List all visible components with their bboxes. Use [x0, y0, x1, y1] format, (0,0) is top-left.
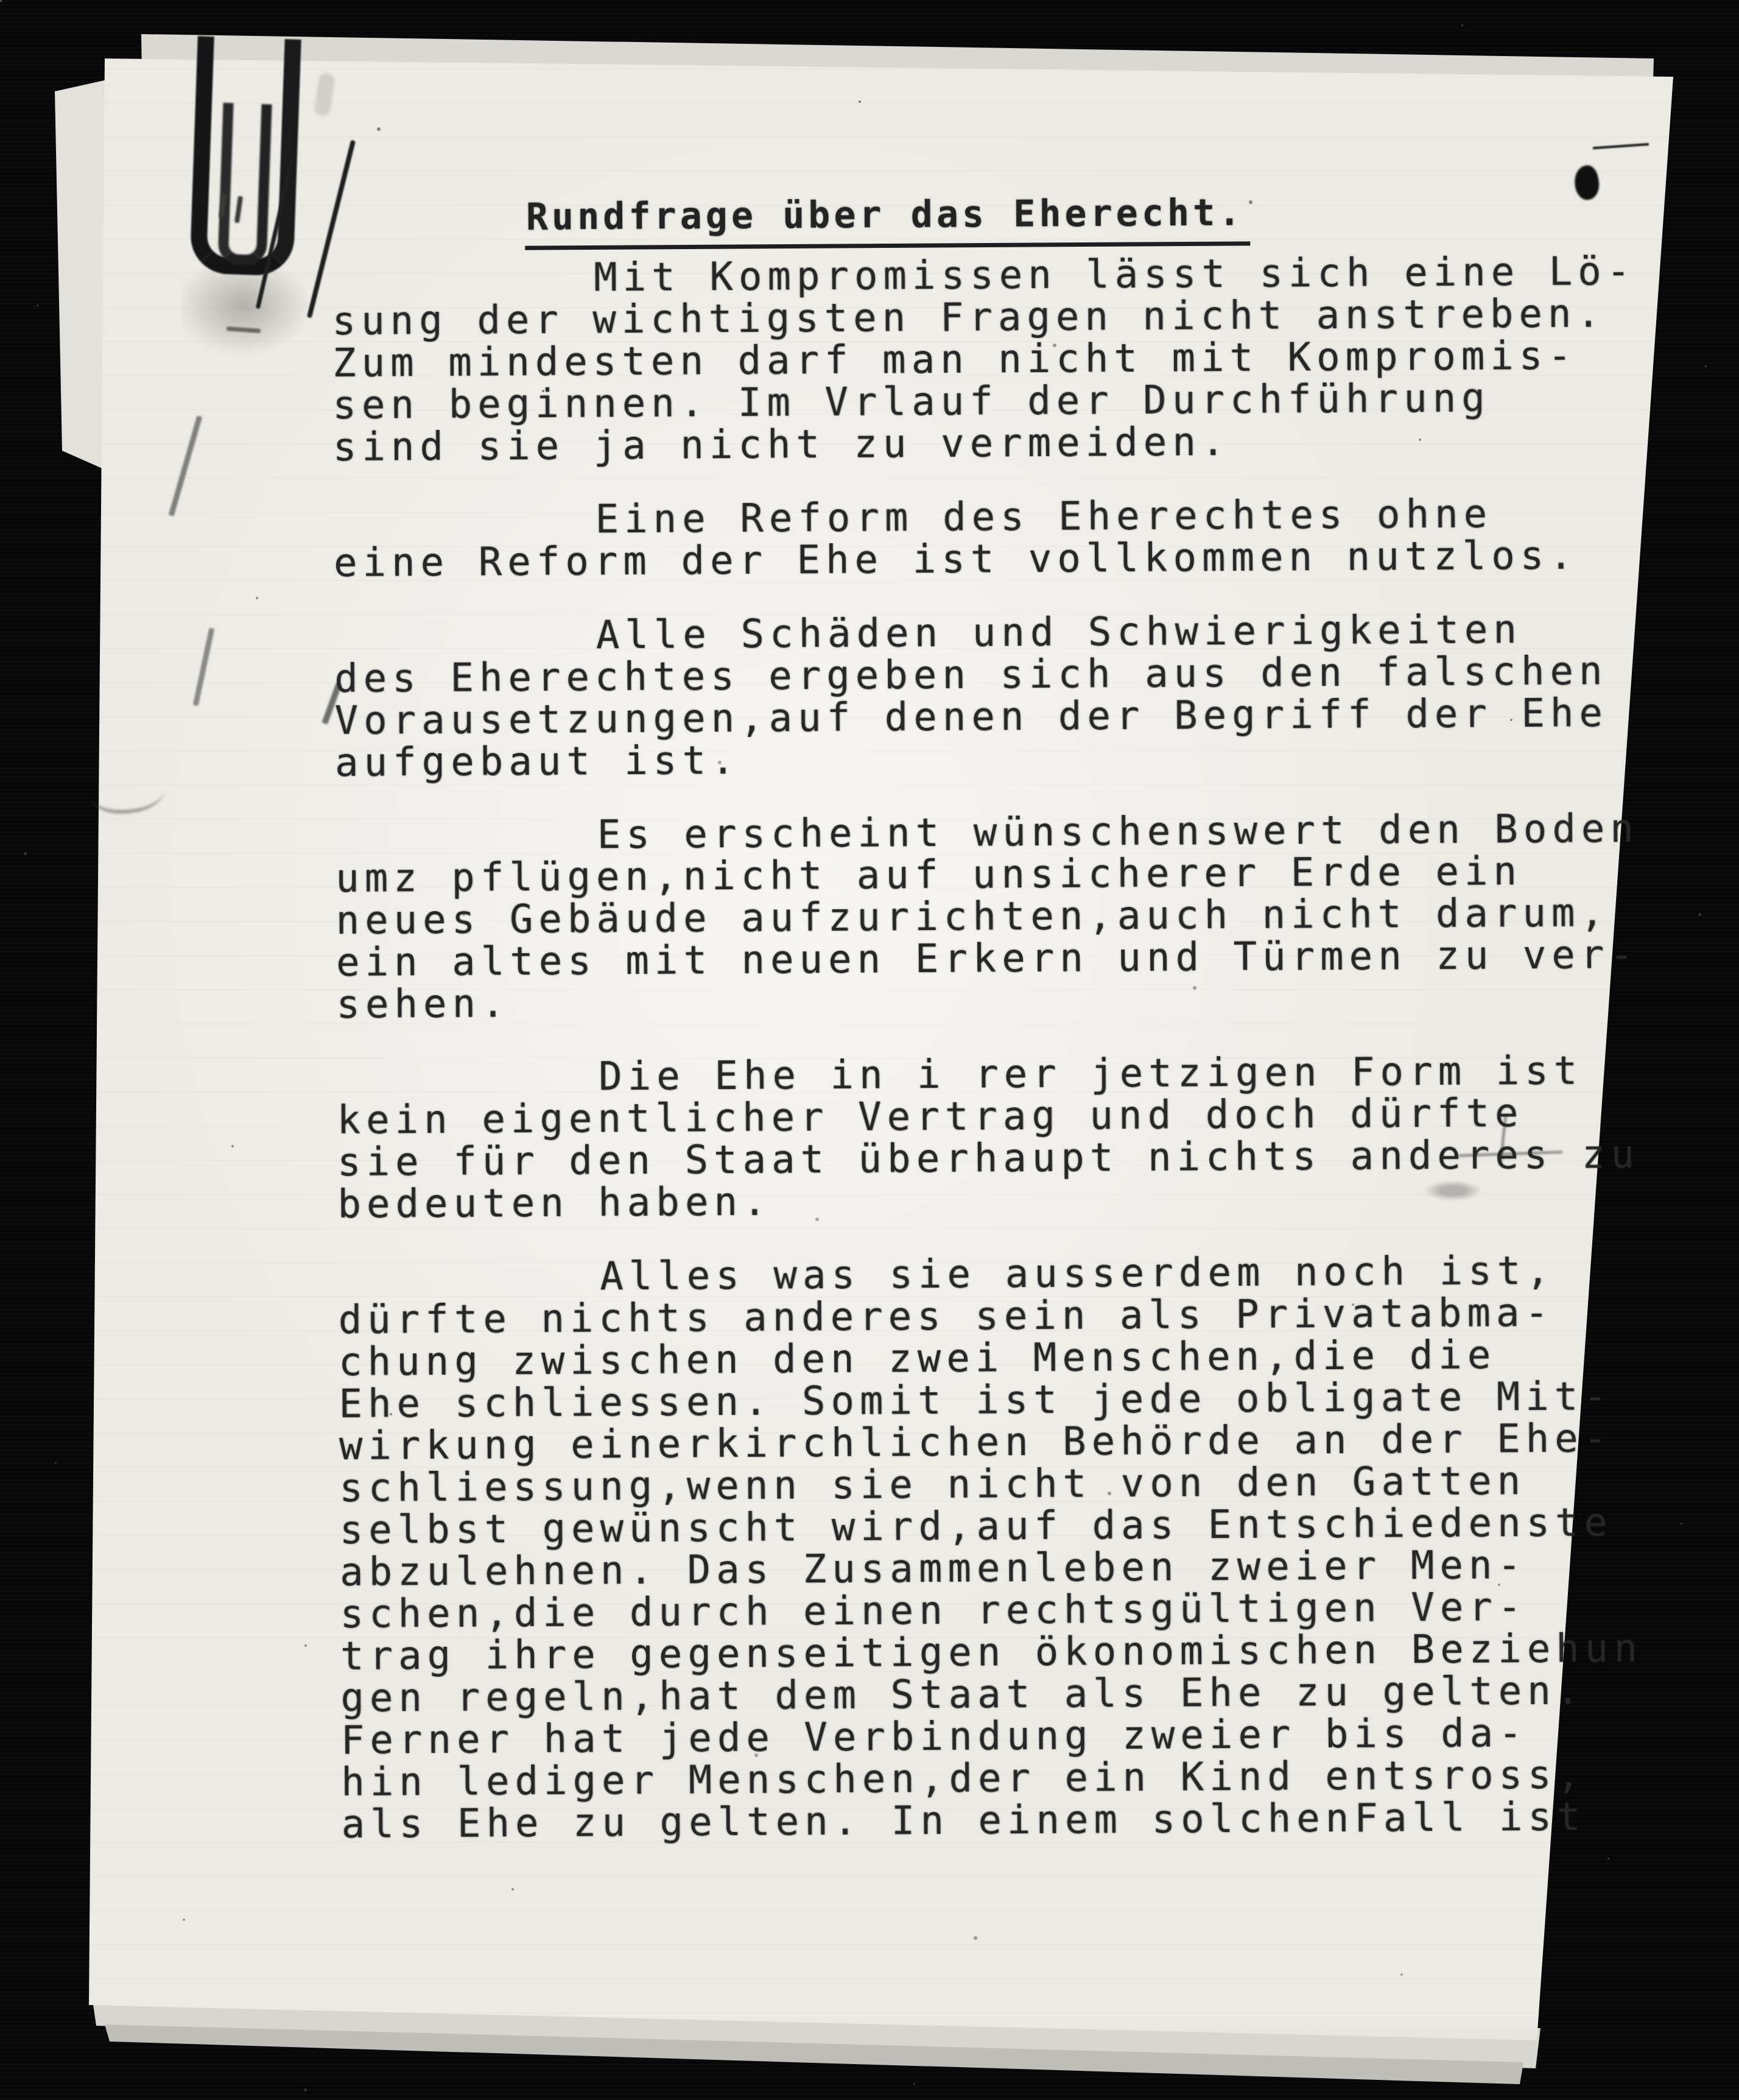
scanned-document-photo: Rundfrage über das Eherecht. Mit Komprom… [0, 0, 1739, 2100]
paperclip-inner-loop [217, 103, 272, 266]
text-line: sie für den Staat überhaupt nichts ander… [337, 1134, 1628, 1184]
text-line: als Ehe zu gelten. In einem solchenFall … [341, 1796, 1632, 1846]
paragraph-6: Alles was sie ausserdem noch ist, dürfte… [338, 1250, 1632, 1846]
text-line: aufgebaut ist. [335, 735, 1626, 784]
paragraph-3: Alle Schäden und Schwierigkeiten des Ehe… [334, 608, 1626, 784]
document-body: Mit Kompromissen lässt sich eine Lö- sun… [332, 251, 1632, 1878]
text-line: sind sie ja nicht zu vermeiden. [333, 419, 1624, 469]
document-title: Rundfrage über das Eherecht. [525, 191, 1251, 250]
paperclip-smudge [183, 262, 317, 359]
text-line: Vorausetzungen,auf denen der Begriff der… [334, 692, 1625, 742]
text-line: eine Reform der Ehe ist vollkommen nutzl… [334, 535, 1625, 585]
paragraph-5: Die Ehe in i rer jetzigen Form ist kein … [337, 1050, 1629, 1226]
text-line: sen beginnen. Im Vrlauf der Durchführung [332, 377, 1623, 427]
background-specks [0, 0, 2, 2]
text-line: ein altes mit neuen Erkern und Türmen zu… [336, 934, 1627, 984]
paragraph-4: Es erscheint wünschenswert den Boden umz… [336, 808, 1628, 1026]
paragraph-2: Eine Reform des Eherechtes ohne eine Ref… [333, 493, 1625, 585]
paragraph-1: Mit Kompromissen lässt sich eine Lö- sun… [332, 251, 1624, 469]
text-line: bedeuten haben. [337, 1176, 1628, 1226]
